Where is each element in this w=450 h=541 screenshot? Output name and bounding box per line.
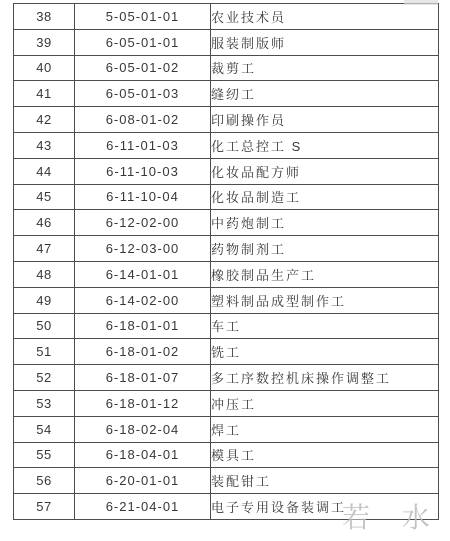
row-name-cell: 印刷操作员 <box>211 107 439 133</box>
row-code-cell: 6-18-04-01 <box>75 442 211 468</box>
row-name-cell: 橡胶制品生产工 <box>211 261 439 287</box>
table-row: 48 6-14-01-01 橡胶制品生产工 <box>14 261 439 287</box>
row-name-cell: 化工总控工 S <box>211 132 439 158</box>
row-index-cell: 48 <box>14 261 75 287</box>
row-index-cell: 45 <box>14 184 75 210</box>
row-index-cell: 46 <box>14 210 75 236</box>
row-index-cell: 52 <box>14 365 75 391</box>
row-index-cell: 41 <box>14 81 75 107</box>
row-index-cell: 54 <box>14 416 75 442</box>
table-row: 52 6-18-01-07 多工序数控机床操作调整工 <box>14 365 439 391</box>
row-index-cell: 57 <box>14 494 75 520</box>
table-row: 42 6-08-01-02 印刷操作员 <box>14 107 439 133</box>
row-index-cell: 43 <box>14 132 75 158</box>
row-code-cell: 6-18-01-01 <box>75 313 211 339</box>
table-row: 56 6-20-01-01 装配钳工 <box>14 468 439 494</box>
table-row: 40 6-05-01-02 裁剪工 <box>14 55 439 81</box>
row-index-cell: 50 <box>14 313 75 339</box>
row-name-cell: 药物制剂工 <box>211 236 439 262</box>
table-row: 47 6-12-03-00 药物制剂工 <box>14 236 439 262</box>
row-code-cell: 6-18-02-04 <box>75 416 211 442</box>
row-code-cell: 6-20-01-01 <box>75 468 211 494</box>
row-code-cell: 6-05-01-01 <box>75 29 211 55</box>
row-index-cell: 38 <box>14 4 75 30</box>
row-code-cell: 6-05-01-02 <box>75 55 211 81</box>
table-row: 44 6-11-10-03 化妆品配方师 <box>14 158 439 184</box>
row-name-cell: 装配钳工 <box>211 468 439 494</box>
row-code-cell: 6-12-03-00 <box>75 236 211 262</box>
row-name-cell: 焊工 <box>211 416 439 442</box>
table-body: 38 5-05-01-01 农业技术员 39 6-05-01-01 服装制版师 … <box>14 4 439 520</box>
row-name-cell: 农业技术员 <box>211 4 439 30</box>
table-row: 54 6-18-02-04 焊工 <box>14 416 439 442</box>
row-name-cell: 裁剪工 <box>211 55 439 81</box>
table-row: 57 6-21-04-01 电子专用设备装调工 <box>14 494 439 520</box>
row-name-cell: 服装制版师 <box>211 29 439 55</box>
row-index-cell: 42 <box>14 107 75 133</box>
table-row: 55 6-18-04-01 模具工 <box>14 442 439 468</box>
watermark-fragment <box>404 0 438 5</box>
row-name-cell: 中药炮制工 <box>211 210 439 236</box>
table-row: 49 6-14-02-00 塑料制品成型制作工 <box>14 287 439 313</box>
row-name-cell: 电子专用设备装调工 <box>211 494 439 520</box>
row-code-cell: 6-05-01-03 <box>75 81 211 107</box>
table-row: 45 6-11-10-04 化妆品制造工 <box>14 184 439 210</box>
row-code-cell: 6-11-01-03 <box>75 132 211 158</box>
row-index-cell: 53 <box>14 390 75 416</box>
table-row: 46 6-12-02-00 中药炮制工 <box>14 210 439 236</box>
row-code-cell: 6-11-10-04 <box>75 184 211 210</box>
table-row: 50 6-18-01-01 车工 <box>14 313 439 339</box>
table-row: 39 6-05-01-01 服装制版师 <box>14 29 439 55</box>
document-page: 38 5-05-01-01 农业技术员 39 6-05-01-01 服装制版师 … <box>0 0 450 541</box>
row-code-cell: 5-05-01-01 <box>75 4 211 30</box>
row-code-cell: 6-08-01-02 <box>75 107 211 133</box>
row-code-cell: 6-11-10-03 <box>75 158 211 184</box>
row-index-cell: 49 <box>14 287 75 313</box>
row-index-cell: 40 <box>14 55 75 81</box>
row-name-cell: 缝纫工 <box>211 81 439 107</box>
row-name-cell: 化妆品制造工 <box>211 184 439 210</box>
row-name-cell: 塑料制品成型制作工 <box>211 287 439 313</box>
row-name-cell: 多工序数控机床操作调整工 <box>211 365 439 391</box>
table-row: 41 6-05-01-03 缝纫工 <box>14 81 439 107</box>
row-index-cell: 51 <box>14 339 75 365</box>
row-code-cell: 6-14-02-00 <box>75 287 211 313</box>
row-index-cell: 39 <box>14 29 75 55</box>
table-row: 43 6-11-01-03 化工总控工 S <box>14 132 439 158</box>
row-code-cell: 6-18-01-07 <box>75 365 211 391</box>
row-name-cell: 化妆品配方师 <box>211 158 439 184</box>
row-index-cell: 44 <box>14 158 75 184</box>
row-name-cell: 车工 <box>211 313 439 339</box>
table-row: 51 6-18-01-02 铣工 <box>14 339 439 365</box>
table-row: 38 5-05-01-01 农业技术员 <box>14 4 439 30</box>
table-row: 53 6-18-01-12 冲压工 <box>14 390 439 416</box>
row-code-cell: 6-21-04-01 <box>75 494 211 520</box>
row-index-cell: 47 <box>14 236 75 262</box>
row-index-cell: 56 <box>14 468 75 494</box>
row-index-cell: 55 <box>14 442 75 468</box>
row-name-cell: 模具工 <box>211 442 439 468</box>
row-code-cell: 6-18-01-02 <box>75 339 211 365</box>
row-code-cell: 6-18-01-12 <box>75 390 211 416</box>
row-name-cell: 冲压工 <box>211 390 439 416</box>
row-code-cell: 6-12-02-00 <box>75 210 211 236</box>
occupation-code-table: 38 5-05-01-01 农业技术员 39 6-05-01-01 服装制版师 … <box>13 3 439 520</box>
row-name-cell: 铣工 <box>211 339 439 365</box>
row-code-cell: 6-14-01-01 <box>75 261 211 287</box>
